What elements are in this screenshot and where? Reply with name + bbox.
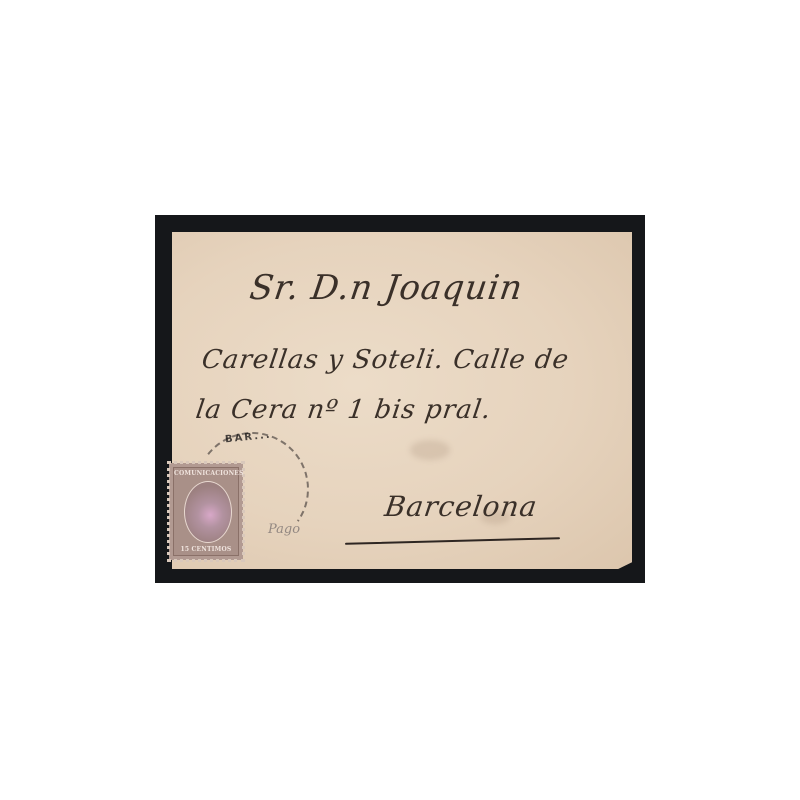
pencil-note: Pago	[268, 522, 300, 537]
stamp-value-text: 15 CENTIMOS	[174, 546, 238, 553]
address-line-2: Carellas y Soteli. Calle de	[200, 345, 571, 375]
stamp-design: COMUNICACIONES 15 CENTIMOS	[173, 467, 239, 556]
address-line-3: la Cera nº 1 bis pral.	[194, 395, 494, 425]
address-line-1: Sr. D.n Joaquin	[247, 268, 525, 308]
stain	[410, 440, 450, 460]
stamp-top-text: COMUNICACIONES	[174, 470, 238, 477]
postage-stamp: COMUNICACIONES 15 CENTIMOS	[169, 463, 243, 560]
address-line-city: Barcelona	[383, 490, 540, 523]
stamp-portrait	[184, 481, 232, 543]
